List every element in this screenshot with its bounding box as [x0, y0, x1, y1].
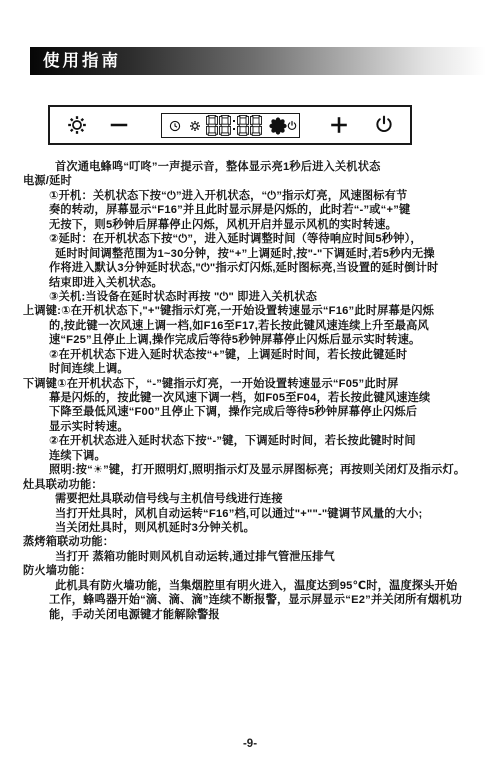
display-colon — [232, 115, 236, 136]
manual-text-line: 此机具有防火墙功能，当集烟腔里有明火进入，温度达到95℃时，温度探头开始 — [55, 579, 500, 593]
manual-text-line: 速“F25”且停止上调,操作完成后等待5秒钟屏幕停止闪烁后显示实时转速。 — [49, 333, 500, 347]
manual-text-line: 幕是闪烁的，按此键一次风速下调一档，如F05至F04，若长按此键风速连续 — [49, 391, 500, 405]
manual-text-line: ②在开机状态下进入延时状态按“+”键，上调延时时间，若长按此键延时 — [49, 348, 500, 362]
section-title: 使用指南 — [30, 53, 121, 70]
manual-text-line: 工作，蜂鸣器开始“滴、滴、滴”连续不断报警，显示屏显示“E2”并关闭所有烟机功 — [49, 593, 500, 607]
manual-text-line: 结束即进入关机状态。 — [49, 276, 500, 290]
plus-icon — [328, 114, 350, 136]
light-button[interactable] — [66, 114, 88, 136]
manual-text-line: 的,按此键一次风速上调一档,如F16至F17,若长按此键风速连续上升至最高风 — [49, 319, 500, 333]
page-number: -9- — [0, 738, 500, 750]
light-indicator-icon — [189, 120, 201, 132]
manual-text-line: 下降至最低风速“F00”且停止下调，操作完成后等待5秒钟屏幕停止闪烁后 — [49, 405, 500, 419]
power-indicator-icon — [287, 120, 298, 131]
display-digit — [219, 115, 231, 136]
manual-text-line: 防火墙功能： — [23, 564, 500, 578]
power-button[interactable] — [374, 115, 395, 136]
control-panel — [48, 105, 412, 145]
manual-text-line: 延时时间调整范围为1~30分钟，按“+”上调延时,按"-"下调延时,若5秒内无操 — [55, 247, 500, 261]
manual-text-line: 需要把灶具联动信号线与主机信号线进行连接 — [55, 492, 500, 506]
fan-speed-icon — [269, 116, 288, 135]
manual-text-line: 连续下调。 — [49, 449, 500, 463]
manual-text-line: 当关闭灶具时，则风机延时3分钟关机。 — [55, 521, 500, 535]
manual-text-line: ③关机:当设备在延时状态时再按 "⏻" 即进入关机状态 — [49, 290, 500, 304]
speed-up-button[interactable] — [328, 114, 350, 136]
manual-text-line: 灶具联动功能： — [23, 478, 500, 492]
manual-text-line: 下调键①在开机状态下，“-”键指示灯亮，一开始设置转速显示“F05”此时屏 — [23, 377, 500, 391]
manual-text-line: 蒸烤箱联动功能： — [23, 535, 500, 549]
power-icon — [374, 115, 395, 136]
manual-text-line: 能，手动关闭电源键才能解除警报 — [49, 608, 500, 622]
display-digit — [206, 115, 218, 136]
display-digit — [237, 115, 249, 136]
manual-text-line: 无按下，则5秒钟后屏幕停止闪烁，风机开启并显示风机的实时转速。 — [49, 218, 500, 232]
speed-down-button[interactable] — [108, 114, 130, 136]
seven-segment-display — [206, 114, 262, 136]
manual-text-line: 首次通电蜂鸣“叮咚”一声提示音，整体显示亮1秒后进入关机状态 — [55, 160, 500, 174]
manual-text-line: 奏的转动，屏幕显示“F16”并且此时显示屏是闪烁的，此时若“-”或“+”键 — [49, 203, 500, 217]
manual-text-line: 照明:按“☀”键，打开照明灯,照明指示灯及显示屏图标亮；再按则关闭灯及指示灯。 — [49, 463, 500, 477]
minus-icon — [108, 114, 130, 136]
manual-text-line: 电源/延时 — [23, 174, 500, 188]
display-digit — [250, 115, 262, 136]
display-window — [161, 113, 300, 138]
light-icon — [66, 114, 88, 136]
manual-text-line: ①开机：关机状态下按“⏻”进入开机状态，“⏻”指示灯亮，风速图标有节 — [49, 189, 500, 203]
manual-text-line: 上调键:①在开机状态下,"+"键指示灯亮,一开始设置转速显示“F16”此时屏幕是… — [23, 304, 500, 318]
manual-text-line: ②在开机状态进入延时状态下按“-”键，下调延时时间，若长按此键时时间 — [49, 434, 500, 448]
timer-clock-icon — [170, 120, 181, 131]
manual-text-line: 作将进入默认3分钟延时状态,"⏻"指示灯闪烁,延时图标亮,当设置的延时倒计时 — [49, 261, 500, 275]
manual-text-line: 当打开 蒸箱功能时则风机自动运转,通过排气管泄压排气 — [55, 550, 500, 564]
manual-text-line: ②延时：在开机状态下按“⏻”，进入延时调整时间（等待响应时间5秒钟）， — [49, 232, 500, 246]
manual-text-line: 时间连续上调。 — [49, 362, 500, 376]
manual-text-line: 显示实时转速。 — [49, 420, 500, 434]
manual-text-line: 当打开灶具时，风机自动运转“F16”档,可以通过"+""-"键调节风量的大小; — [55, 507, 500, 521]
section-header-bar: 使用指南 — [30, 47, 500, 75]
manual-text-block: 首次通电蜂鸣“叮咚”一声提示音，整体显示亮1秒后进入关机状态电源/延时①开机：关… — [0, 160, 500, 622]
